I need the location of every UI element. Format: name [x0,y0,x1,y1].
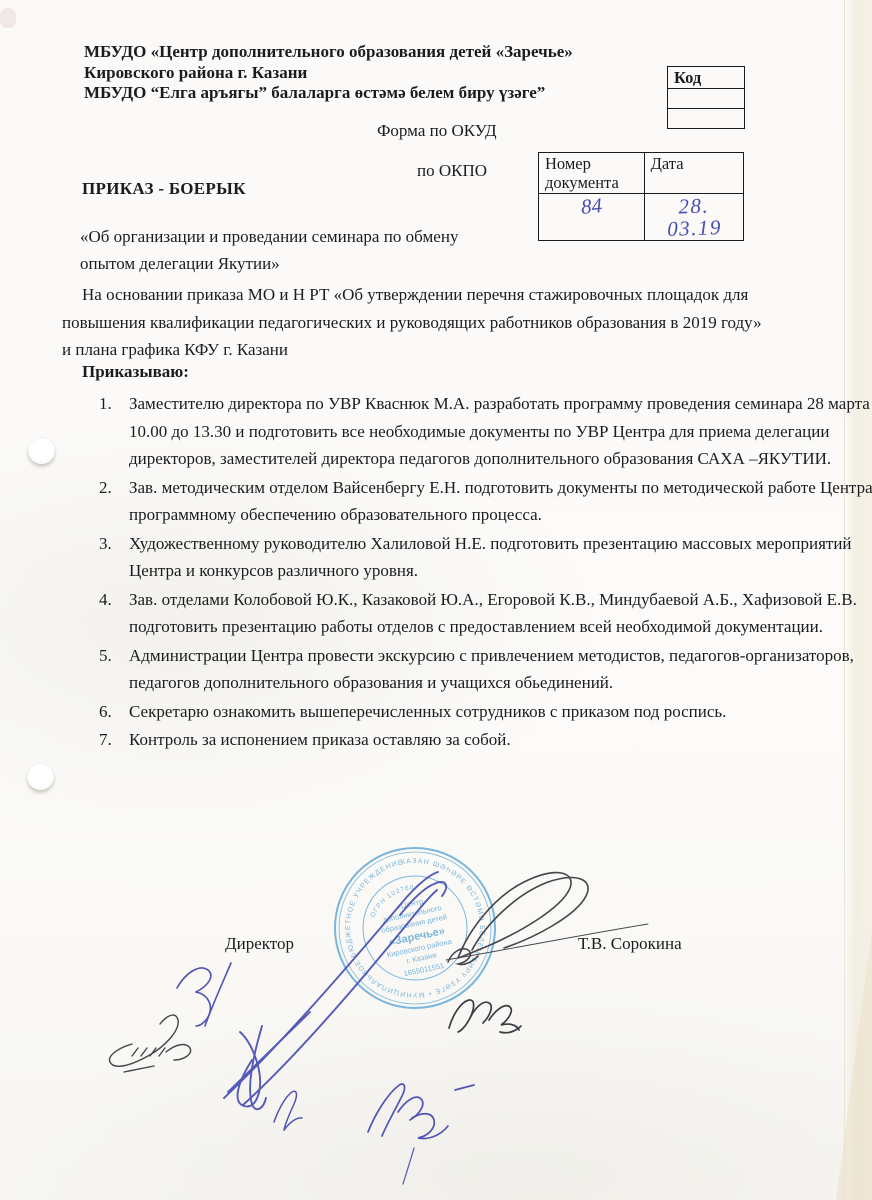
code-table: Код [667,66,745,129]
doc-number-date-table: Номер документа Дата 84 28. 03.19 [538,152,744,241]
order-item: Администрации Центра провести экскурсию … [116,642,872,697]
handwritten-doc-date: 28. 03.19 [650,194,738,241]
okud-label: Форма по ОКУД [377,121,497,141]
order-item: Контроль за испонением приказа оставляю … [116,726,872,754]
stamp-outer-ring [329,842,501,1014]
order-subject: «Об организации и проведании семинара по… [80,223,520,277]
order-item: Зав. методическим отделом Вайсенбергу Е.… [116,474,872,529]
code-empty-cell-1 [668,89,745,109]
official-round-stamp: КАЗАН ШӘҺӘРЕ ӨСТӘМӘ БЕЛЕМ БИРҮ ҮЗӘГЕ • М… [329,842,501,1014]
code-header-cell: Код [668,67,745,89]
order-preamble: На основании приказа МО и Н РТ «Об утвер… [62,281,862,364]
order-items-list: Заместителю директора по УВР Кваснюк М.А… [62,390,872,755]
order-item: Заместителю директора по УВР Кваснюк М.А… [116,390,872,473]
handwritten-doc-number: 84 [580,194,603,218]
date-header-cell: Дата [644,153,743,194]
scanned-order-document: МБУДО «Центр дополнительного образования… [0,0,872,1200]
number-value-cell: 84 [539,194,645,241]
stamp-outer-ring-inner-line [329,842,501,1014]
code-empty-cell-2 [668,109,745,129]
signature-tail-stroke [403,1148,414,1184]
number-header-cell: Номер документа [539,153,645,194]
scan-smudge-top-left [0,8,16,28]
okpo-label: по ОКПО [417,161,487,181]
punch-hole-bottom [27,764,54,790]
order-keyword: Приказываю: [82,362,189,382]
order-title: ПРИКАЗ - БОЕРЫК [82,179,246,199]
order-item: Секретарю ознакомить вышеперечисленных с… [116,698,872,726]
violet-signature-left [177,963,231,1026]
order-item: Художественному руководителю Халиловой Н… [116,530,872,585]
small-violet-signature [274,1091,302,1130]
dark-flourish-signature [110,1015,191,1072]
organization-name: МБУДО «Центр дополнительного образования… [84,42,644,104]
date-value-cell: 28. 03.19 [644,194,743,241]
violet-signature-center [368,1084,474,1138]
director-name: Т.В. Сорокина [578,934,682,954]
punch-hole-top [28,438,55,464]
director-label: Директор [225,934,294,954]
order-item: Зав. отделами Колобовой Ю.К., Казаковой … [116,586,872,641]
